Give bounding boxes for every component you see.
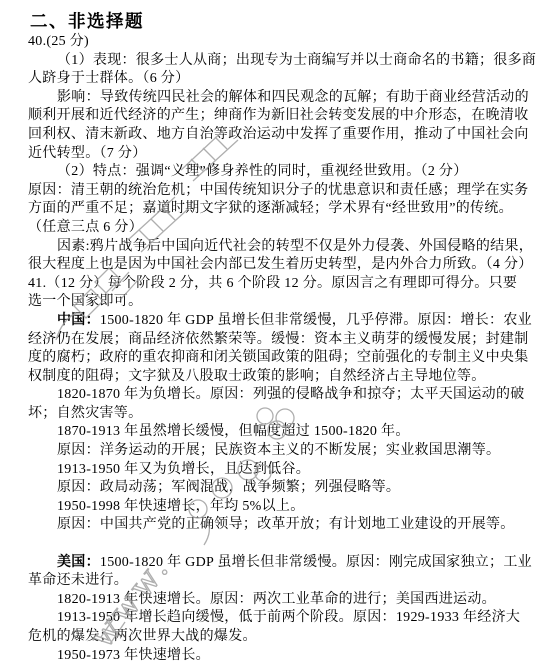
text-line: 40.(25 分) bbox=[28, 33, 545, 52]
text-line: 原因：中国共产党的正确领导；改革开放；有计划地工业建设的开展等。 bbox=[28, 516, 545, 535]
text-line: 1913-1950 年又为负增长，且达到低谷。 bbox=[28, 461, 545, 480]
text-line: 1950-1973 年快速增长。 bbox=[28, 647, 545, 666]
text-line: 美国：1500-1820 年 GDP 虽增长但非常缓慢。原因：刚完成国家独立；工… bbox=[28, 554, 545, 573]
text-line: 方面的严重不足；嘉道时期文字狱的逐渐减轻；学术界有“经世致用”的传统。 bbox=[28, 200, 545, 219]
text-line: （1）表现：很多士人从商；出现专为士商编写并以士商命名的书籍；很多商 bbox=[28, 52, 545, 71]
answer-document: 二、非选择题 40.(25 分)（1）表现：很多士人从商；出现专为士商编写并以士… bbox=[0, 0, 553, 669]
country-label: 中国： bbox=[57, 313, 100, 328]
country-label: 美国： bbox=[57, 555, 100, 570]
text-line: 很大程度上也是因为中国社会内部已发生着历史转型，是内外合力所致。（4 分） bbox=[28, 256, 545, 275]
text-line: 选一个国家即可。 bbox=[28, 293, 545, 312]
text-line: 原因：洋务运动的开展；民族资本主义的不断发展；实业救国思潮等。 bbox=[28, 442, 545, 461]
text-line: 41.（12 分）每个阶段 2 分，共 6 个阶段 12 分。原因言之有理即可得… bbox=[28, 275, 545, 294]
text-line: 1820-1913 年快速增长。原因：两次工业革命的进行；美国西进运动。 bbox=[28, 591, 545, 610]
answer-lines: 40.(25 分)（1）表现：很多士人从商；出现专为士商编写并以士商命名的书籍；… bbox=[28, 33, 545, 665]
text-line: 1820-1870 年为负增长。原因：列强的侵略战争和掠夺；太平天国运动的破 bbox=[28, 386, 545, 405]
text-line: 人跻身于士群体。（6 分） bbox=[28, 70, 545, 89]
text-line: 革命还未进行。 bbox=[28, 572, 545, 591]
text-line: 影响：导致传统四民社会的解体和四民观念的瓦解；有助于商业经营活动的 bbox=[28, 89, 545, 108]
text-line: 1870-1913 年虽然增长缓慢，但幅度超过 1500-1820 年。 bbox=[28, 423, 545, 442]
text-line: 权制度的阻碍；文字狱及八股取士政策的影响；自然经济占主导地位等。 bbox=[28, 368, 545, 387]
text-line: （2）特点：强调“义理”修身养性的同时，重视经世致用。（2 分） bbox=[28, 163, 545, 182]
text-line bbox=[28, 535, 545, 554]
text-line: 1913-1950 年增长趋向缓慢，低于前两个阶段。原因：1929-1933 年… bbox=[28, 609, 545, 628]
text-line: 经济仍在发展；商品经济依然繁荣等。缓慢：资本主义萌芽的缓慢发展；封建制 bbox=[28, 331, 545, 350]
text-line: 坏；自然灾害等。 bbox=[28, 405, 545, 424]
text-line: 危机的爆发；两次世界大战的爆发。 bbox=[28, 628, 545, 647]
text-line: 度的腐朽；政府的重农抑商和闭关锁国政策的阻碍；空前强化的专制主义中央集 bbox=[28, 349, 545, 368]
text-line: 回利权、清末新政、地方自治等政治运动中发挥了重要作用，推动了中国社会向 bbox=[28, 126, 545, 145]
text-line: 原因：清王朝的统治危机；中国传统知识分子的忧患意识和责任感；理学在实务 bbox=[28, 182, 545, 201]
text-line: 因素:鸦片战争后中国向近代社会的转型不仅是外力侵袭、外国侵略的结果， bbox=[28, 238, 545, 257]
text-line: 中国：1500-1820 年 GDP 虽增长但非常缓慢，几乎停滞。原因：增长：农… bbox=[28, 312, 545, 331]
text-line: 顺利开展和近代经济的产生；绅商作为新旧社会转变发展的中介形态，在晚清收 bbox=[28, 107, 545, 126]
text-line: 1950-1998 年快速增长，年均 5%以上。 bbox=[28, 498, 545, 517]
text-line: 近代转型。（7 分） bbox=[28, 145, 545, 164]
text-line: （任意三点 6 分） bbox=[28, 219, 545, 238]
text-line: 原因：政局动荡；军阀混战，战争频繁；列强侵略等。 bbox=[28, 479, 545, 498]
section-title: 二、非选择题 bbox=[30, 10, 545, 32]
